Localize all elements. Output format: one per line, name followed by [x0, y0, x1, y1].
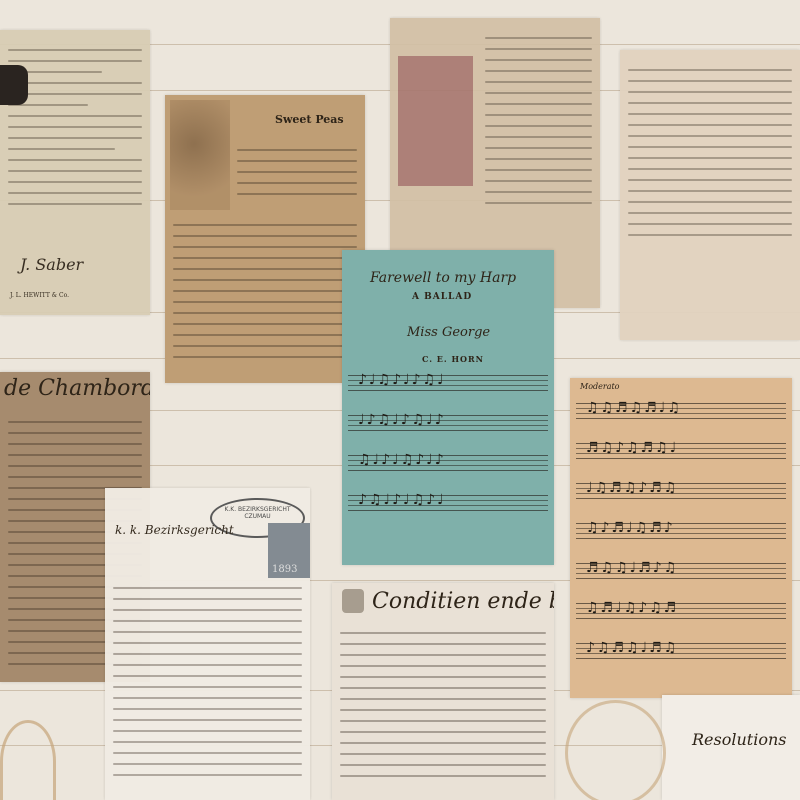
document-title: Conditien ende be	[372, 589, 554, 614]
sheet-music-teal: Farewell to my Harp A BALLAD Miss George…	[342, 250, 554, 565]
seal-stamp	[342, 589, 364, 613]
music-composer: C. E. HORN	[422, 354, 484, 364]
dark-object	[0, 65, 28, 105]
letter-stamped: K.K. BEZIRKSGERICHT CZUMAU 1893 k. k. Be…	[105, 488, 310, 800]
stamp-year: 1893	[272, 564, 297, 575]
newspaper-heading: Sweet Peas	[275, 113, 344, 126]
letter-line: k. k. Bezirksgericht	[115, 523, 234, 537]
flourish-ornament	[0, 720, 56, 800]
letter-heading: de Chambord	[4, 376, 150, 401]
document-heading: Resolutions	[692, 730, 786, 749]
signature: J. Saber	[20, 255, 83, 274]
music-dedication: Miss George	[407, 325, 490, 340]
music-subtitle: A BALLAD	[412, 292, 472, 302]
document-bottom-right: Resolutions	[662, 695, 800, 800]
publisher: J. L. HEWITT & Co.	[10, 292, 69, 299]
letter-top-right	[620, 50, 800, 340]
music-title: Farewell to my Harp	[370, 270, 516, 286]
newspaper-clipping: Sweet Peas	[165, 95, 365, 383]
music-tempo: Moderato	[580, 382, 620, 391]
postage-stamp: 1893	[268, 523, 310, 578]
pink-card	[398, 56, 473, 186]
floral-illustration	[170, 100, 230, 210]
document-bottom-center: Conditien ende be	[332, 583, 554, 800]
sheet-music-right: Moderato ♫♫♬♫♬♩♫ ♬♫♪♫♬♫♩ ♩♫♬♫♪♬♫ ♫♪♬♩♫♬♪…	[570, 378, 792, 698]
flourish-ornament	[565, 700, 666, 800]
